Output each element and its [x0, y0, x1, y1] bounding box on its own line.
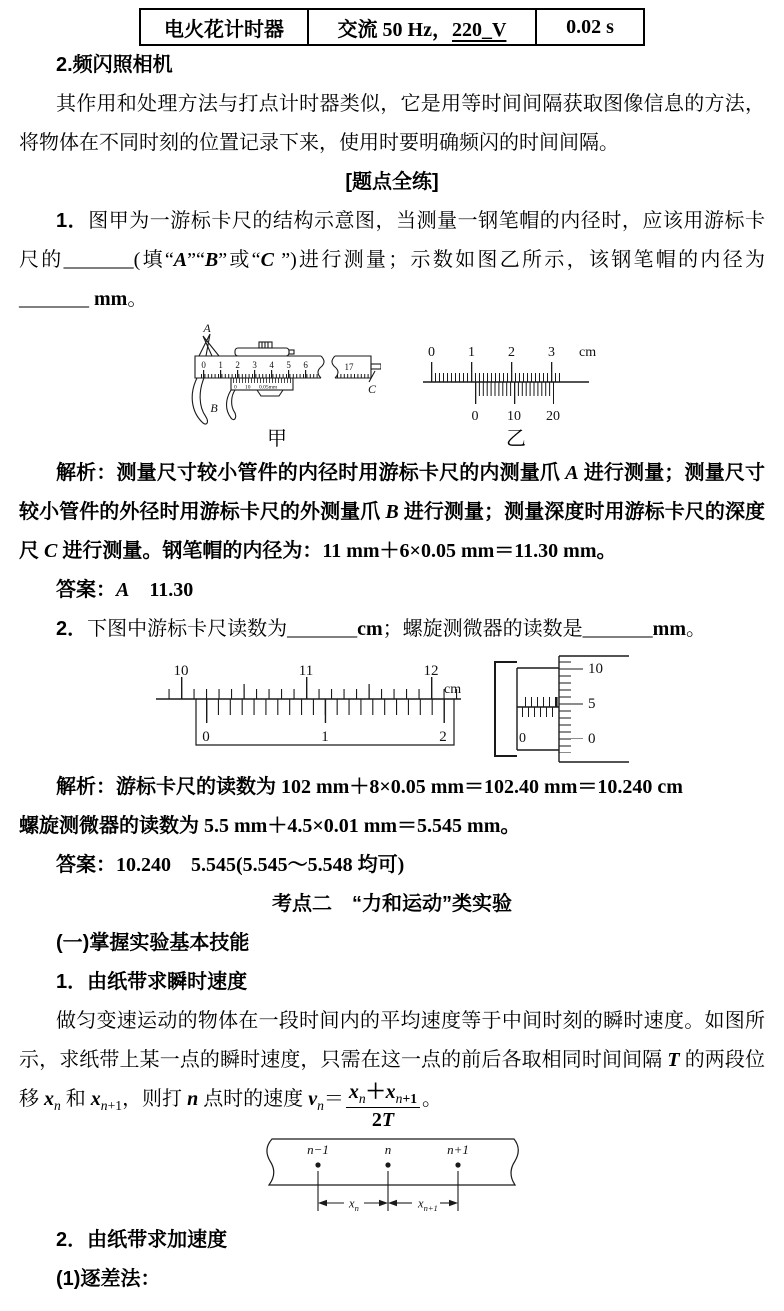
main-scale-ticks: [431, 372, 562, 378]
jaw-a-label: A: [202, 322, 211, 335]
svg-text:0: 0: [201, 360, 206, 370]
vernier-reading-figure: 0 1 2 3 cm 0 10 20 乙: [421, 336, 611, 452]
caliper-scale-labels: 0 1 2 3 4 5 6 17: [201, 360, 354, 372]
svg-text:17: 17: [345, 362, 355, 372]
interval-labels: xn xn+1: [348, 1197, 438, 1214]
svg-text:3: 3: [548, 345, 555, 360]
svg-text:10: 10: [588, 661, 603, 677]
thimble-ticks: [565, 662, 571, 754]
svg-text:4: 4: [269, 360, 274, 370]
tape-dots: [315, 1162, 460, 1167]
scale-labels: 10 11 12 cm 0 1 2: [173, 665, 461, 745]
method1-heading: (1)逐差法：: [19, 1260, 765, 1299]
depth-c-label: C: [368, 382, 377, 396]
figure-row-3: n−1 n n+1 xn xn+1: [19, 1135, 765, 1219]
document-page: 电火花计时器 交流 50 Hz，220_V 0.02 s 2.频闪照相机 其作用…: [0, 0, 784, 1311]
q2-vernier-caliper-diagram: 10 11 12 cm 0 1 2: [156, 665, 461, 753]
svg-text:0: 0: [472, 409, 479, 424]
caliper-body: [192, 334, 381, 424]
svg-text:2: 2: [508, 345, 515, 360]
vernier-scale-reading-diagram: 0 1 2 3 cm 0 10 20: [421, 336, 611, 426]
svg-text:12: 12: [423, 665, 438, 679]
micrometer-frame: [495, 662, 559, 756]
q2-micrometer-diagram: 0 10 5 0: [487, 652, 629, 766]
scale-labels: 0 1 2 3 cm 0 10 20: [428, 345, 596, 424]
paper-tape-diagram: n−1 n n+1 xn xn+1: [256, 1135, 528, 1219]
question-2: 2．下图中游标卡尺读数为_______cm；螺旋测微器的读数是_______mm…: [19, 610, 765, 649]
svg-text:xn+1: xn+1: [417, 1197, 438, 1214]
svg-text:2: 2: [439, 729, 447, 745]
tape-outline: [267, 1139, 518, 1185]
svg-text:10: 10: [245, 385, 251, 391]
analysis-1: 解析：测量尺寸较小管件的内径时用游标卡尺的内测量爪 A 进行测量；测量尺寸较小管…: [19, 454, 765, 571]
svg-text:2: 2: [235, 360, 240, 370]
svg-text:0: 0: [202, 729, 210, 745]
caliper-structure-figure: 0 1 2 3 4 5 6 17 0 10 0.05mm A B C: [173, 322, 381, 452]
svg-text:0: 0: [234, 385, 237, 391]
svg-text:1: 1: [218, 360, 223, 370]
svg-text:5: 5: [588, 696, 596, 712]
svg-text:5: 5: [286, 360, 291, 370]
unit-label: cm: [444, 682, 461, 697]
figure-caption-yi: 乙: [506, 426, 526, 452]
timer-name-cell: 电火花计时器: [140, 9, 308, 45]
topic2-heading: 考点二 “力和运动”类实验: [19, 885, 765, 924]
svg-text:3: 3: [252, 360, 257, 370]
unit-label: cm: [579, 345, 596, 360]
svg-text:0: 0: [428, 345, 435, 360]
svg-text:n−1: n−1: [307, 1142, 329, 1157]
svg-text:1: 1: [468, 345, 475, 360]
timer-power-cell: 交流 50 Hz，220_V: [308, 9, 536, 45]
jaw-b-label: B: [210, 401, 218, 415]
answer-2: 答案：10.240 5.545(5.545～5.548 均可): [19, 846, 765, 885]
skill-heading: (一)掌握实验基本技能: [19, 924, 765, 963]
question-1: 1．图甲为一游标卡尺的结构示意图，当测量一钢笔帽的内径时，应该用游标卡尺的___…: [19, 202, 765, 319]
analysis-2-line2: 螺旋测微器的读数为 5.5 mm＋4.5×0.01 mm＝5.545 mm。: [19, 807, 765, 846]
section2-body: 其作用和处理方法与打点计时器类似，它是用等时间间隔获取图像信息的方法，将物体在不…: [19, 85, 765, 163]
table-row: 电火花计时器 交流 50 Hz，220_V 0.02 s: [140, 9, 644, 45]
vernier-ticks: [475, 389, 554, 393]
caliper-scale-ticks: [201, 374, 369, 381]
dot-labels: n−1 n n+1: [307, 1142, 469, 1157]
sleeve-zero-label: 0: [519, 731, 526, 746]
vernier-caliper-structure-diagram: 0 1 2 3 4 5 6 17 0 10 0.05mm A B C: [173, 322, 381, 426]
svg-text:0.05mm: 0.05mm: [259, 385, 278, 391]
item2-heading: 2．由纸带求加速度: [19, 1221, 765, 1260]
svg-text:xn: xn: [348, 1197, 359, 1214]
item1-heading: 1．由纸带求瞬时速度: [19, 963, 765, 1002]
speed-paragraph: 做匀变速运动的物体在一段时间内的平均速度等于中间时刻的瞬时速度。如图所示，求纸带…: [19, 1002, 765, 1132]
section2-heading: 2.频闪照相机: [19, 46, 765, 85]
svg-text:0: 0: [588, 731, 596, 747]
svg-text:10: 10: [173, 665, 188, 679]
figure-caption-jia: 甲: [267, 426, 287, 452]
svg-text:6: 6: [303, 360, 308, 370]
svg-text:n: n: [385, 1142, 392, 1157]
sleeve-ticks: [522, 697, 557, 712]
svg-text:20: 20: [546, 409, 560, 424]
answer-1: 答案：A 11.30: [19, 571, 765, 610]
svg-text:n+1: n+1: [447, 1142, 469, 1157]
main-scale-ticks: [168, 688, 458, 694]
figure-row-2: 10 11 12 cm 0 1 2: [19, 652, 765, 766]
figure-row-1: 0 1 2 3 4 5 6 17 0 10 0.05mm A B C: [19, 322, 765, 452]
timer-interval-cell: 0.02 s: [536, 9, 644, 45]
analysis-2-line1: 解析：游标卡尺的读数为 102 mm＋8×0.05 mm＝102.40 mm＝1…: [19, 768, 765, 807]
svg-text:10: 10: [507, 409, 521, 424]
svg-text:1: 1: [321, 729, 329, 745]
vernier-ticks: [206, 707, 446, 711]
timer-spec-table: 电火花计时器 交流 50 Hz，220_V 0.02 s: [139, 8, 645, 46]
svg-text:11: 11: [298, 665, 312, 679]
practice-title: [题点全练]: [19, 163, 765, 202]
